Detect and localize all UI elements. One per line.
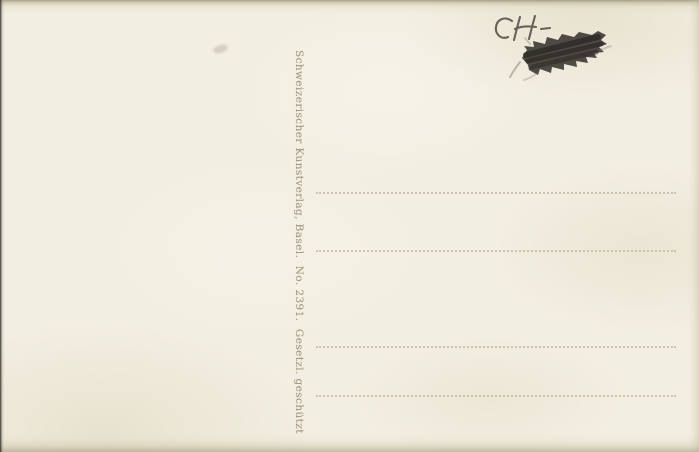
pencil-smudge [212,43,229,55]
pencil-scribble [500,22,620,92]
scan-edge-left [0,0,5,452]
address-line [316,192,676,194]
address-line [316,346,676,348]
scan-edge-top [0,0,699,14]
postcard-back: Schweizerischer Kunstverlag, Basel. No. … [0,0,699,452]
scan-edge-right [689,0,699,452]
publisher-imprint-vertical: Schweizerischer Kunstverlag, Basel. No. … [292,50,306,428]
address-line [316,395,676,397]
address-line [316,250,676,252]
scan-edge-bottom [0,434,699,452]
scribble-strokes [500,22,620,92]
